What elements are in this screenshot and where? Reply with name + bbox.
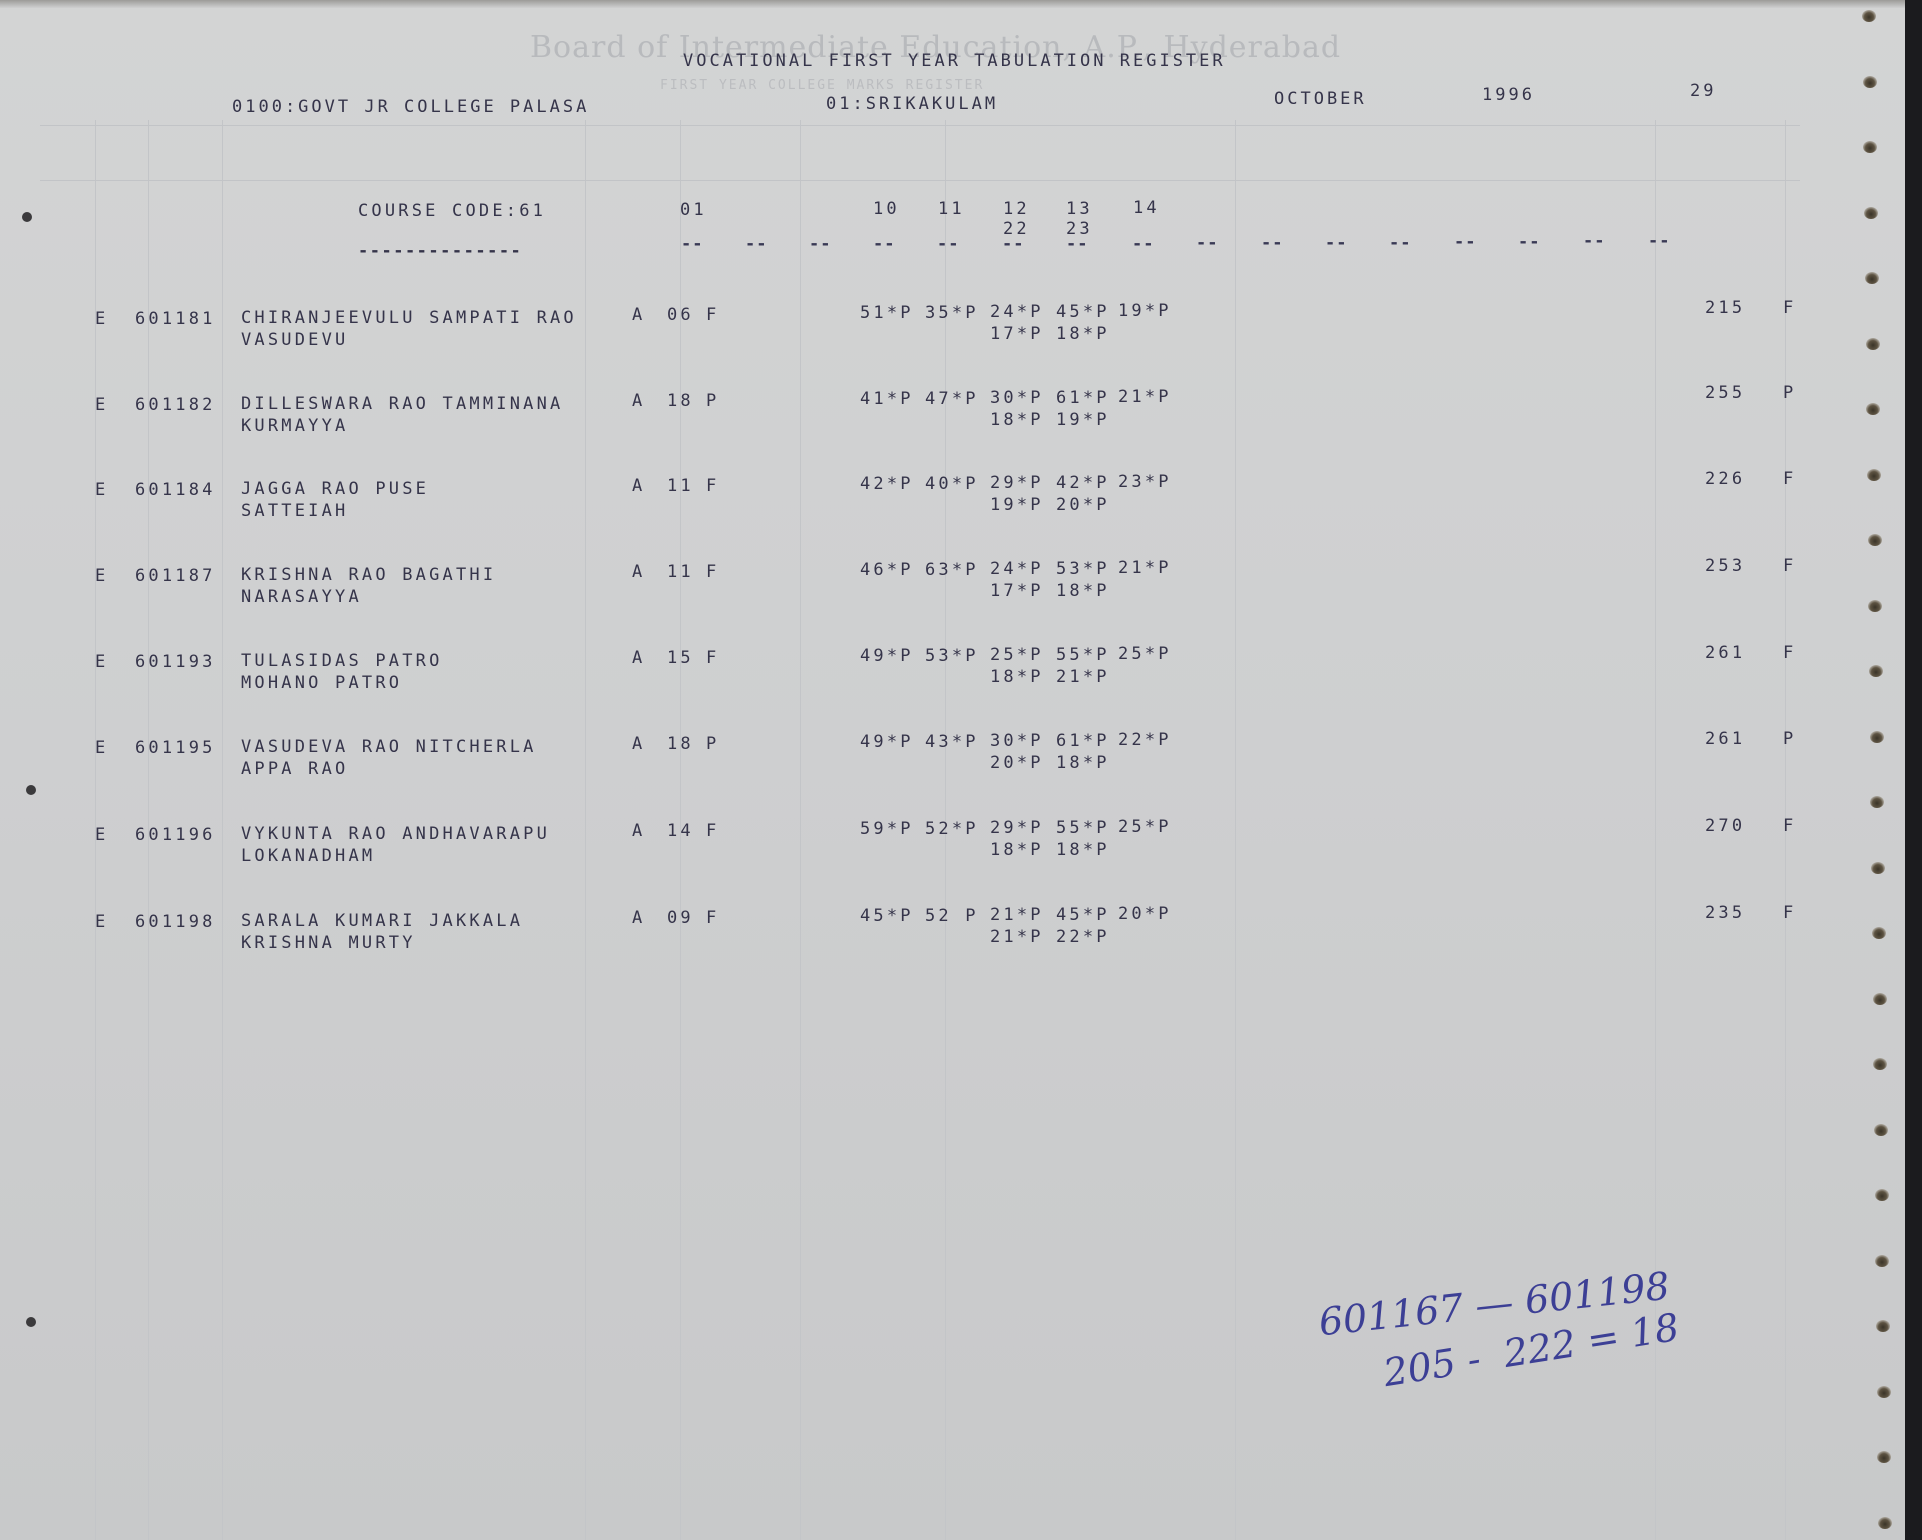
binding-hole xyxy=(26,1317,36,1327)
student-name: KRISHNA RAO BAGATHI xyxy=(241,564,496,586)
marks-subject-12: 29*P xyxy=(990,817,1044,839)
college-name: 0100:GOVT JR COLLEGE PALASA xyxy=(232,96,589,118)
marks-subject-11: 63*P xyxy=(925,559,979,581)
marks-subject-23: 20*P xyxy=(1056,494,1110,516)
result-status: F xyxy=(1783,815,1796,837)
marks-subject-10: 42*P xyxy=(860,473,914,495)
medium-code: 18 xyxy=(667,733,694,755)
exam-code: E xyxy=(95,479,108,501)
exam-month: OCTOBER xyxy=(1274,88,1367,110)
marks-subject-12: 29*P xyxy=(990,472,1044,494)
feed-hole xyxy=(1867,469,1881,481)
marks-subject-13: 55*P xyxy=(1056,817,1110,839)
category: A xyxy=(632,647,645,669)
marks-subject-23: 18*P xyxy=(1056,752,1110,774)
feed-hole xyxy=(1869,665,1883,677)
marks-subject-13: 53*P xyxy=(1056,558,1110,580)
father-name: KURMAYYA xyxy=(241,415,348,437)
medium-code: 09 xyxy=(667,907,694,929)
marks-subject-22: 21*P xyxy=(990,926,1044,948)
father-name: VASUDEVU xyxy=(241,329,348,351)
status-letter: F xyxy=(706,561,719,583)
feed-hole xyxy=(1872,927,1886,939)
exam-code: E xyxy=(95,651,108,673)
marks-subject-11: 40*P xyxy=(925,473,979,495)
marks-subject-11: 43*P xyxy=(925,731,979,753)
feed-hole xyxy=(1864,207,1878,219)
feed-hole xyxy=(1868,600,1882,612)
column-dash: -- xyxy=(1066,234,1088,254)
column-header-12: 12 xyxy=(1003,198,1030,220)
column-header-11: 11 xyxy=(938,198,965,220)
marks-subject-12: 30*P xyxy=(990,730,1044,752)
column-dash: -- xyxy=(873,234,895,254)
father-name: MOHANO PATRO xyxy=(241,672,402,694)
category: A xyxy=(632,561,645,583)
marks-subject-12: 30*P xyxy=(990,387,1044,409)
status-letter: P xyxy=(706,390,719,412)
binding-hole xyxy=(22,212,32,222)
medium-code: 06 xyxy=(667,304,694,326)
medium-code: 11 xyxy=(667,475,694,497)
marks-subject-14: 21*P xyxy=(1118,557,1172,579)
student-name: JAGGA RAO PUSE xyxy=(241,478,429,500)
exam-code: E xyxy=(95,565,108,587)
form-rule xyxy=(40,180,1800,181)
result-status: F xyxy=(1783,902,1796,924)
total-marks: 261 xyxy=(1705,642,1745,664)
marks-subject-10: 46*P xyxy=(860,559,914,581)
total-marks: 226 xyxy=(1705,468,1745,490)
feed-hole xyxy=(1875,1255,1889,1267)
category: A xyxy=(632,733,645,755)
column-dash: -- xyxy=(1002,234,1024,254)
marks-subject-12: 24*P xyxy=(990,558,1044,580)
marks-subject-22: 18*P xyxy=(990,409,1044,431)
medium-code: 15 xyxy=(667,647,694,669)
marks-subject-22: 17*P xyxy=(990,580,1044,602)
father-name: KRISHNA MURTY xyxy=(241,932,416,954)
marks-subject-12: 25*P xyxy=(990,644,1044,666)
exam-year: 1996 xyxy=(1482,84,1535,106)
total-marks: 255 xyxy=(1705,382,1745,404)
marks-subject-22: 17*P xyxy=(990,323,1044,345)
total-marks: 270 xyxy=(1705,815,1745,837)
feed-hole xyxy=(1877,1451,1891,1463)
feed-hole xyxy=(1865,272,1879,284)
exam-code: E xyxy=(95,737,108,759)
status-letter: F xyxy=(706,304,719,326)
marks-subject-22: 20*P xyxy=(990,752,1044,774)
result-status: F xyxy=(1783,297,1796,319)
category: A xyxy=(632,304,645,326)
roll-number: 601181 xyxy=(135,308,216,330)
student-name: VYKUNTA RAO ANDHAVARAPU xyxy=(241,823,550,845)
marks-subject-23: 18*P xyxy=(1056,323,1110,345)
marks-subject-11: 47*P xyxy=(925,388,979,410)
total-marks: 261 xyxy=(1705,728,1745,750)
district-name: 01:SRIKAKULAM xyxy=(826,93,998,115)
form-rule xyxy=(800,120,801,1540)
column-header-10: 10 xyxy=(873,198,900,220)
background-edge xyxy=(1905,0,1922,1540)
total-marks: 235 xyxy=(1705,902,1745,924)
marks-subject-13: 61*P xyxy=(1056,387,1110,409)
column-dash: -- xyxy=(745,234,767,254)
feed-hole xyxy=(1873,1058,1887,1070)
feed-hole xyxy=(1870,731,1884,743)
column-header-13: 13 xyxy=(1066,198,1093,220)
marks-subject-10: 51*P xyxy=(860,302,914,324)
course-code-underline: -------------- xyxy=(358,240,522,262)
form-rule xyxy=(40,125,1800,126)
marks-subject-13: 45*P xyxy=(1056,904,1110,926)
feed-hole xyxy=(1866,403,1880,415)
feed-hole xyxy=(1877,1386,1891,1398)
marks-subject-11: 52 P xyxy=(925,905,979,927)
status-letter: F xyxy=(706,907,719,929)
category: A xyxy=(632,390,645,412)
student-name: TULASIDAS PATRO xyxy=(241,650,443,672)
marks-subject-12: 24*P xyxy=(990,301,1044,323)
roll-number: 601184 xyxy=(135,479,216,501)
feed-hole xyxy=(1873,993,1887,1005)
result-status: F xyxy=(1783,642,1796,664)
marks-subject-22: 19*P xyxy=(990,494,1044,516)
column-dash: -- xyxy=(681,234,703,254)
column-dash: -- xyxy=(1325,233,1347,253)
form-rule xyxy=(222,120,223,1540)
marks-subject-10: 49*P xyxy=(860,645,914,667)
feed-hole xyxy=(1874,1124,1888,1136)
medium-code: 18 xyxy=(667,390,694,412)
marks-subject-11: 52*P xyxy=(925,818,979,840)
marks-subject-10: 41*P xyxy=(860,388,914,410)
marks-subject-14: 23*P xyxy=(1118,471,1172,493)
category: A xyxy=(632,475,645,497)
feed-hole xyxy=(1875,1189,1889,1201)
marks-subject-10: 49*P xyxy=(860,731,914,753)
status-letter: F xyxy=(706,647,719,669)
exam-code: E xyxy=(95,308,108,330)
status-letter: F xyxy=(706,475,719,497)
binding-hole xyxy=(26,785,36,795)
column-header-01: 01 xyxy=(680,199,707,221)
column-dash: -- xyxy=(1389,233,1411,253)
exam-code: E xyxy=(95,824,108,846)
feed-hole xyxy=(1871,862,1885,874)
status-letter: F xyxy=(706,820,719,842)
marks-subject-23: 22*P xyxy=(1056,926,1110,948)
marks-subject-11: 53*P xyxy=(925,645,979,667)
father-name: NARASAYYA xyxy=(241,586,362,608)
exam-code: E xyxy=(95,911,108,933)
feed-hole xyxy=(1862,10,1876,22)
roll-number: 601182 xyxy=(135,394,216,416)
marks-subject-11: 35*P xyxy=(925,302,979,324)
marks-subject-14: 19*P xyxy=(1118,300,1172,322)
column-dash: -- xyxy=(1454,232,1476,252)
marks-subject-13: 55*P xyxy=(1056,644,1110,666)
roll-number: 601196 xyxy=(135,824,216,846)
feed-hole xyxy=(1876,1320,1890,1332)
paper-top-edge xyxy=(0,0,1905,8)
feed-hole xyxy=(1863,141,1877,153)
page-number: 29 xyxy=(1690,80,1716,102)
feed-hole xyxy=(1863,76,1877,88)
father-name: LOKANADHAM xyxy=(241,845,375,867)
form-rule xyxy=(585,120,586,1540)
roll-number: 601193 xyxy=(135,651,216,673)
total-marks: 253 xyxy=(1705,555,1745,577)
status-letter: P xyxy=(706,733,719,755)
student-name: DILLESWARA RAO TAMMINANA xyxy=(241,393,563,415)
marks-subject-23: 18*P xyxy=(1056,580,1110,602)
marks-subject-14: 25*P xyxy=(1118,643,1172,665)
column-dash: -- xyxy=(937,234,959,254)
marks-subject-14: 20*P xyxy=(1118,903,1172,925)
roll-number: 601198 xyxy=(135,911,216,933)
marks-subject-14: 22*P xyxy=(1118,729,1172,751)
medium-code: 11 xyxy=(667,561,694,583)
column-dash: -- xyxy=(1261,233,1283,253)
medium-code: 14 xyxy=(667,820,694,842)
feed-hole xyxy=(1878,1517,1892,1529)
bleedthrough-subheading: FIRST YEAR COLLEGE MARKS REGISTER xyxy=(660,78,984,93)
marks-subject-23: 19*P xyxy=(1056,409,1110,431)
column-dash: -- xyxy=(1132,234,1154,254)
marks-subject-23: 21*P xyxy=(1056,666,1110,688)
result-status: F xyxy=(1783,555,1796,577)
feed-hole xyxy=(1868,534,1882,546)
marks-subject-14: 21*P xyxy=(1118,386,1172,408)
total-marks: 215 xyxy=(1705,297,1745,319)
result-status: P xyxy=(1783,382,1796,404)
marks-subject-13: 45*P xyxy=(1056,301,1110,323)
category: A xyxy=(632,907,645,929)
marks-subject-14: 25*P xyxy=(1118,816,1172,838)
marks-subject-13: 61*P xyxy=(1056,730,1110,752)
column-dash: -- xyxy=(1648,231,1670,251)
feed-hole xyxy=(1870,796,1884,808)
marks-subject-10: 59*P xyxy=(860,818,914,840)
result-status: F xyxy=(1783,468,1796,490)
register-title: VOCATIONAL FIRST YEAR TABULATION REGISTE… xyxy=(683,50,1226,72)
marks-subject-23: 18*P xyxy=(1056,839,1110,861)
marks-subject-22: 18*P xyxy=(990,666,1044,688)
course-code-label: COURSE CODE:61 xyxy=(358,200,546,222)
column-dash: -- xyxy=(809,234,831,254)
exam-code: E xyxy=(95,394,108,416)
result-status: P xyxy=(1783,728,1796,750)
roll-number: 601187 xyxy=(135,565,216,587)
column-dash: -- xyxy=(1518,232,1540,252)
form-rule xyxy=(1235,120,1236,1540)
father-name: SATTEIAH xyxy=(241,500,348,522)
student-name: VASUDEVA RAO NITCHERLA xyxy=(241,736,537,758)
father-name: APPA RAO xyxy=(241,758,348,780)
marks-subject-10: 45*P xyxy=(860,905,914,927)
student-name: SARALA KUMARI JAKKALA xyxy=(241,910,523,932)
student-name: CHIRANJEEVULU SAMPATI RAO xyxy=(241,307,577,329)
category: A xyxy=(632,820,645,842)
marks-subject-12: 21*P xyxy=(990,904,1044,926)
column-dash: -- xyxy=(1196,233,1218,253)
marks-subject-22: 18*P xyxy=(990,839,1044,861)
feed-hole xyxy=(1866,338,1880,350)
marks-subject-13: 42*P xyxy=(1056,472,1110,494)
column-header-14: 14 xyxy=(1133,197,1160,219)
column-dash: -- xyxy=(1583,231,1605,251)
roll-number: 601195 xyxy=(135,737,216,759)
